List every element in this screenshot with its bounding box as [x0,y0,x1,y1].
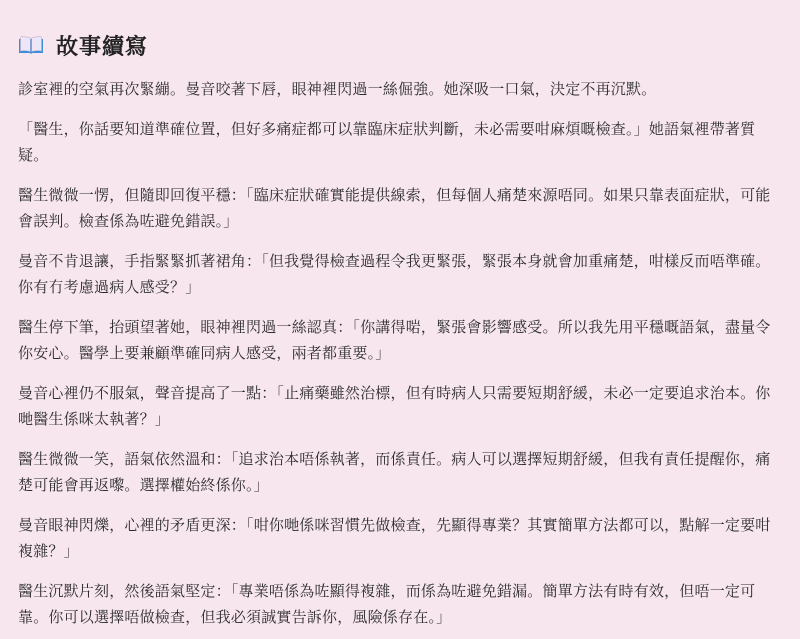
story-paragraph: 醫生沉默片刻，然後語氣堅定：「專業唔係為咗顯得複雜，而係為咗避免錯漏。簡單方法有… [18,578,782,630]
story-paragraph: 醫生微微一笑，語氣依然溫和：「追求治本唔係執著，而係責任。病人可以選擇短期舒緩，… [18,446,782,498]
story-paragraph: 曼音眼神閃爍，心裡的矛盾更深：「咁你哋係咪習慣先做檢查，先顯得專業？其實簡單方法… [18,512,782,564]
story-paragraph: 醫生停下筆，抬頭望著她，眼神裡閃過一絲認真：「你講得啱，緊張會影響感受。所以我先… [18,314,782,366]
story-paragraph: 曼音心裡仍不服氣，聲音提高了一點：「止痛藥雖然治標，但有時病人只需要短期舒緩，未… [18,380,782,432]
section-header: 故事續寫 [18,28,782,62]
section-title: 故事續寫 [56,30,148,61]
story-continuation-panel: 故事續寫 診室裡的空氣再次緊繃。曼音咬著下唇，眼神裡閃過一絲倔強。她深吸一口氣，… [0,0,800,630]
story-paragraph: 醫生微微一愣，但隨即回復平穩：「臨床症狀確實能提供線索，但每個人痛楚來源唔同。如… [18,182,782,234]
story-paragraph: 「醫生，你話要知道準確位置，但好多痛症都可以靠臨床症狀判斷，未必需要咁麻煩嘅檢查… [18,116,782,168]
open-book-icon [18,35,44,55]
story-paragraph: 曼音不肯退讓，手指緊緊抓著裙角：「但我覺得檢查過程令我更緊張，緊張本身就會加重痛… [18,248,782,300]
story-paragraph: 診室裡的空氣再次緊繃。曼音咬著下唇，眼神裡閃過一絲倔強。她深吸一口氣，決定不再沉… [18,76,782,102]
